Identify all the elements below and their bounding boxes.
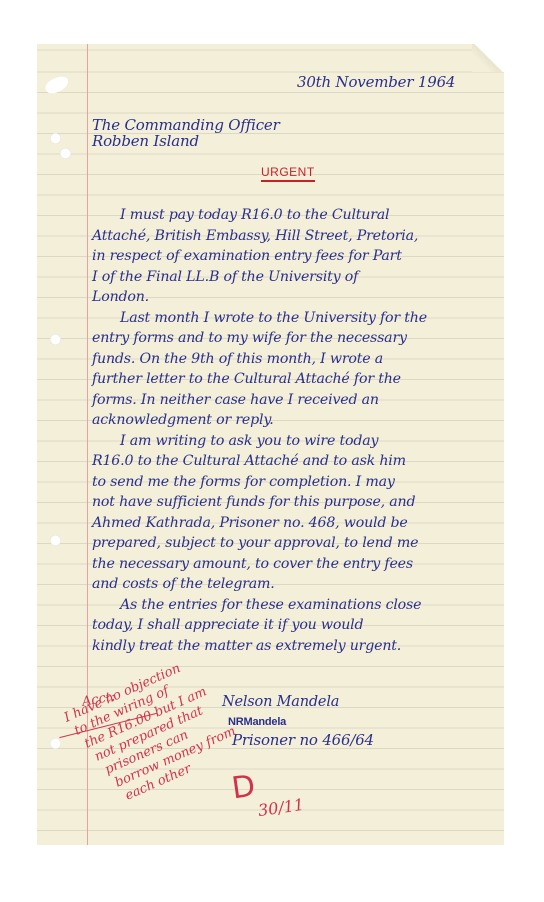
body-line: I must pay today R16.0 to the Cultural: [92, 205, 427, 226]
urgent-heading: URGENT: [261, 165, 315, 182]
folded-corner: [472, 44, 504, 72]
recipient-line: Robben Island: [92, 133, 280, 149]
body-line: Last month I wrote to the University for…: [92, 308, 427, 329]
punch-hole: [50, 133, 61, 144]
punch-hole: [50, 535, 61, 546]
body-line: prepared, subject to your approval, to l…: [92, 533, 427, 554]
body-line: I of the Final LL.B of the University of: [92, 267, 427, 288]
body-line: not have sufficient funds for this purpo…: [92, 492, 427, 513]
letter-date: 30th November 1964: [297, 72, 455, 93]
body-line: acknowledgment or reply.: [92, 410, 427, 431]
official-initial: D: [231, 778, 256, 797]
recipient-line: The Commanding Officer: [92, 117, 280, 133]
body-line: to send me the forms for completion. I m…: [92, 472, 427, 493]
signature: Nelson Mandela: [222, 693, 339, 711]
punch-hole: [50, 738, 61, 749]
body-line: in respect of examination entry fees for…: [92, 246, 427, 267]
punch-hole: [60, 148, 71, 159]
recipient-address: The Commanding Officer Robben Island: [92, 117, 280, 149]
body-line: Attaché, British Embassy, Hill Street, P…: [92, 226, 427, 247]
body-line: kindly treat the matter as extremely urg…: [92, 636, 427, 657]
prisoner-number: Prisoner no 466/64: [232, 730, 374, 751]
body-line: further letter to the Cultural Attaché f…: [92, 369, 427, 390]
punch-hole: [50, 334, 61, 345]
body-line: Ahmed Kathrada, Prisoner no. 468, would …: [92, 513, 427, 534]
body-line: entry forms and to my wife for the neces…: [92, 328, 427, 349]
letter-body: I must pay today R16.0 to the CulturalAt…: [92, 205, 427, 656]
body-line: and costs of the telegram.: [92, 574, 427, 595]
body-line: As the entries for these examinations cl…: [92, 595, 427, 616]
body-line: forms. In neither case have I received a…: [92, 390, 427, 411]
body-line: the necessary amount, to cover the entry…: [92, 554, 427, 575]
body-line: R16.0 to the Cultural Attaché and to ask…: [92, 451, 427, 472]
body-line: London.: [92, 287, 427, 308]
body-line: funds. On the 9th of this month, I wrote…: [92, 349, 427, 370]
body-line: today, I shall appreciate it if you woul…: [92, 615, 427, 636]
body-line: I am writing to ask you to wire today: [92, 431, 427, 452]
